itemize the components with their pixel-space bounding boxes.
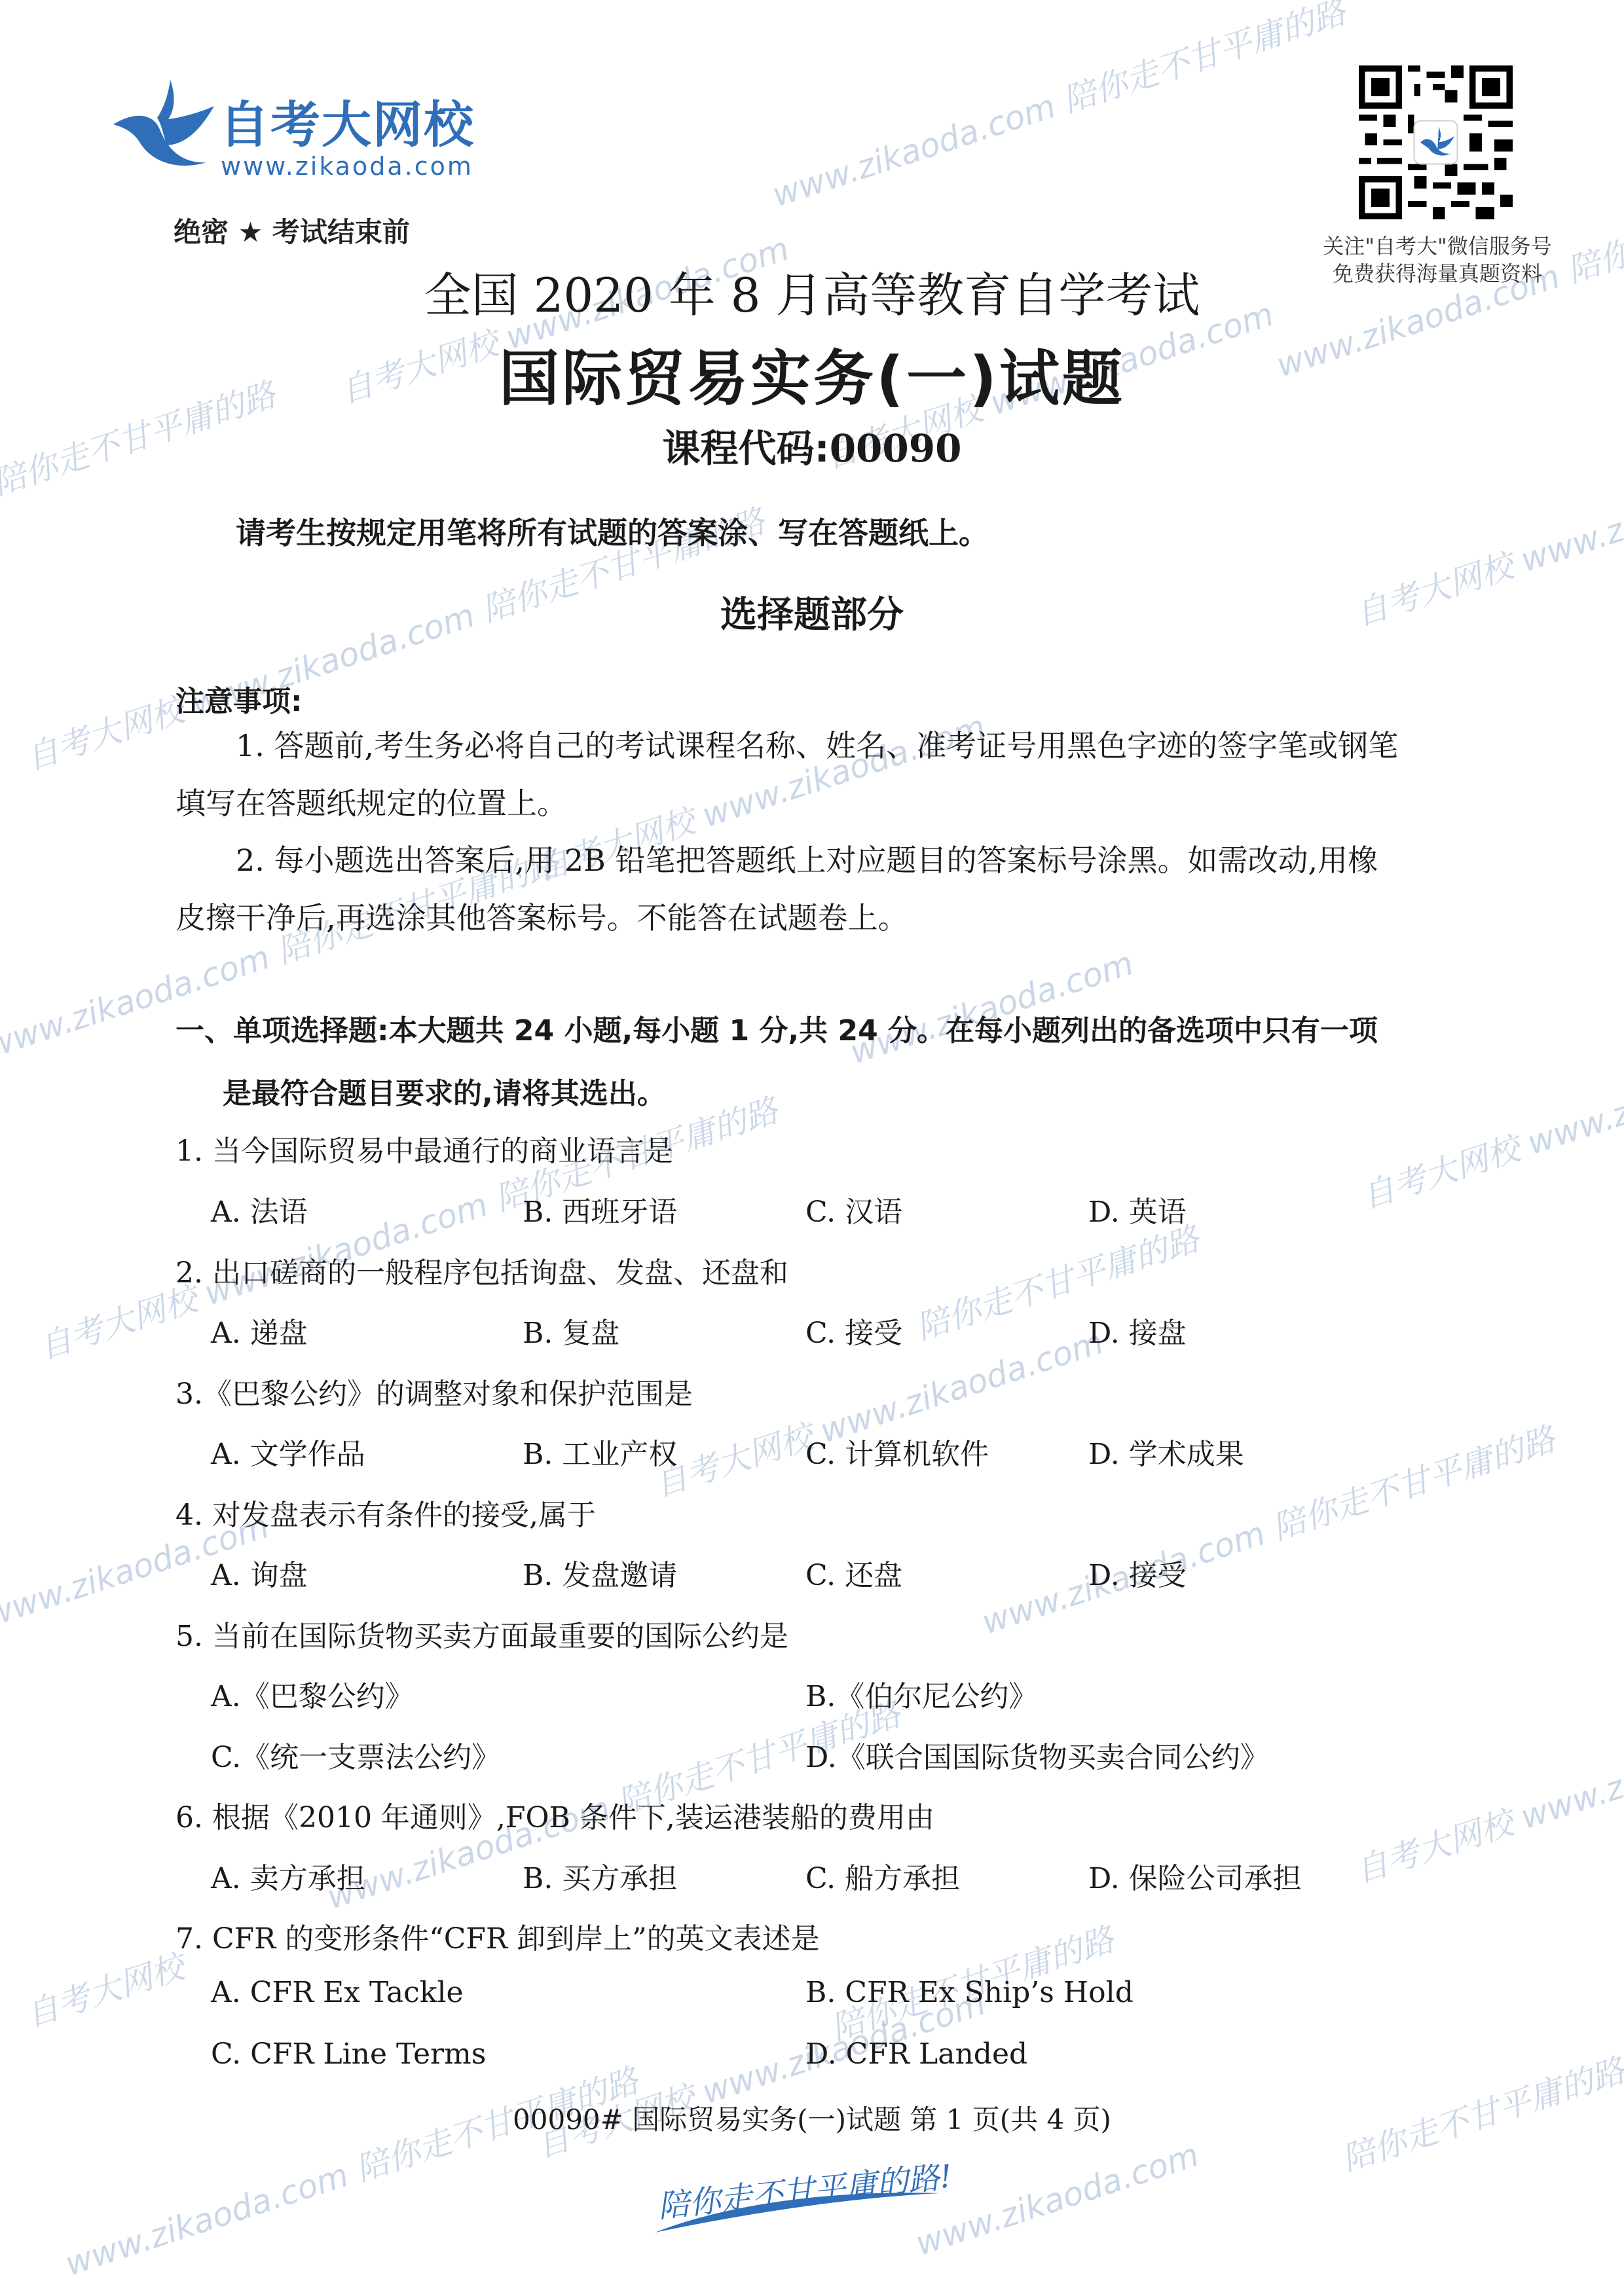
option-d: D. 接盘 — [1088, 1309, 1187, 1351]
option-b: B. 西班牙语 — [523, 1188, 677, 1230]
watermark: 自考大网校 www.zikaoda.com — [1348, 1702, 1624, 1892]
subject-title: 国际贸易实务(一)试题 — [0, 331, 1624, 417]
option-d: D. 保险公司承担 — [1088, 1855, 1302, 1897]
question-stem: 7. CFR 的变形条件“CFR 卸到岸上”的英文表述是 — [175, 1915, 820, 1957]
part-heading-text: 是最符合题目要求的,请将其选出。 — [175, 1063, 1446, 1125]
notice-text: 填写在答题纸规定的位置上。 — [175, 786, 567, 821]
option-d: D. 学术成果 — [1088, 1430, 1244, 1472]
bird-logo-icon — [108, 72, 219, 170]
exam-title: 全国 2020 年 8 月高等教育自学考试 — [0, 257, 1624, 325]
notice-text: 1. 答题前,考生务必将自己的考试课程名称、姓名、准考证号用黑色字迹的签字笔或钢… — [236, 728, 1398, 763]
notice-text: 皮擦干净后,再选涂其他答案标号。不能答在试题卷上。 — [175, 900, 908, 936]
option-a: A. 询盘 — [211, 1552, 308, 1594]
option-a: A. 递盘 — [211, 1309, 308, 1351]
option-c: C. 汉语 — [805, 1188, 902, 1230]
option-c: C. 接受 — [805, 1309, 902, 1351]
option-d: D. 英语 — [1088, 1188, 1187, 1230]
watermark: 自考大网校 — [19, 1941, 189, 2037]
option-b: B. CFR Ex Ship’s Hold — [805, 1976, 1134, 2009]
logo-title: 自考大网校 — [219, 85, 475, 156]
brand-logo: 自考大网校 www.zikaoda.com — [108, 65, 475, 183]
question-stem: 6. 根据《2010 年通则》,FOB 条件下,装运港装船的费用由 — [175, 1794, 934, 1836]
option-d: D.《联合国国际货物买卖合同公约》 — [805, 1734, 1269, 1776]
notice-item-2: 2. 每小题选出答案后,用 2B 铅笔把答题纸上对应题目的答案标号涂黑。如需改动… — [175, 831, 1433, 947]
option-b: B.《伯尔尼公约》 — [805, 1673, 1037, 1715]
qr-caption-line: 关注"自考大"微信服务号 — [1297, 232, 1578, 260]
course-code-label: 课程代码: — [663, 426, 830, 471]
part-one-heading: 一、单项选择题:本大题共 24 小题,每小题 1 分,共 24 分。在每小题列出… — [175, 1000, 1446, 1125]
part-heading-text: 一、单项选择题:本大题共 24 小题,每小题 1 分,共 24 分。在每小题列出… — [175, 1014, 1378, 1048]
qr-code-icon — [1359, 65, 1513, 219]
notice-item-1: 1. 答题前,考生务必将自己的考试课程名称、姓名、准考证号用黑色字迹的签字笔或钢… — [175, 717, 1433, 832]
option-d: D. 接受 — [1088, 1552, 1187, 1594]
option-a: A.《巴黎公约》 — [211, 1673, 414, 1715]
slogan-signature-icon: 陪你走不甘平庸的路! — [652, 2164, 966, 2236]
course-code: 课程代码:00090 — [0, 418, 1624, 473]
notice-heading: 注意事项: — [175, 678, 303, 720]
course-code-value: 00090 — [830, 426, 962, 471]
question-stem: 5. 当前在国际货物买卖方面最重要的国际公约是 — [175, 1613, 788, 1654]
secret-mark: 绝密 ★ 考试结束前 — [174, 211, 410, 250]
watermark: www.zikaoda.com 陪你走不甘平庸的路 — [766, 0, 1351, 216]
option-d: D. CFR Landed — [805, 2037, 1027, 2071]
option-b: B. 工业产权 — [523, 1430, 677, 1472]
option-c: C. 计算机软件 — [805, 1430, 989, 1472]
notice-text: 2. 每小题选出答案后,用 2B 铅笔把答题纸上对应题目的答案标号涂黑。如需改动… — [236, 843, 1378, 878]
option-a: A. 文学作品 — [211, 1430, 365, 1472]
option-c: C.《统一支票法公约》 — [211, 1734, 500, 1776]
question-stem: 3.《巴黎公约》的调整对象和保护范围是 — [175, 1370, 693, 1412]
option-b: B. 发盘邀请 — [523, 1552, 677, 1594]
answer-instruction: 请考生按规定用笔将所有试题的答案涂、写在答题纸上。 — [236, 509, 989, 553]
logo-url: www.zikaoda.com — [221, 152, 473, 181]
option-b: B. 复盘 — [523, 1309, 619, 1351]
option-a: A. 卖方承担 — [211, 1855, 365, 1897]
section-title: 选择题部分 — [0, 586, 1624, 638]
question-stem: 1. 当今国际贸易中最通行的商业语言是 — [175, 1127, 673, 1169]
page-footer: 00090# 国际贸易实务(一)试题 第 1 页(共 4 页) — [0, 2098, 1624, 2138]
watermark: www.zikaoda.com 陪你走不甘平庸的路 — [58, 2054, 644, 2285]
question-stem: 4. 对发盘表示有条件的接受,属于 — [175, 1491, 596, 1533]
option-a: A. CFR Ex Tackle — [211, 1976, 464, 2009]
option-c: C. 船方承担 — [805, 1855, 960, 1897]
option-b: B. 买方承担 — [523, 1855, 677, 1897]
option-c: C. CFR Line Terms — [211, 2037, 486, 2071]
option-a: A. 法语 — [211, 1188, 308, 1230]
question-stem: 2. 出口磋商的一般程序包括询盘、发盘、还盘和 — [175, 1249, 788, 1291]
watermark: www.zikaoda.com 陪你走不甘平庸的路 — [975, 1413, 1560, 1643]
option-c: C. 还盘 — [805, 1552, 902, 1594]
